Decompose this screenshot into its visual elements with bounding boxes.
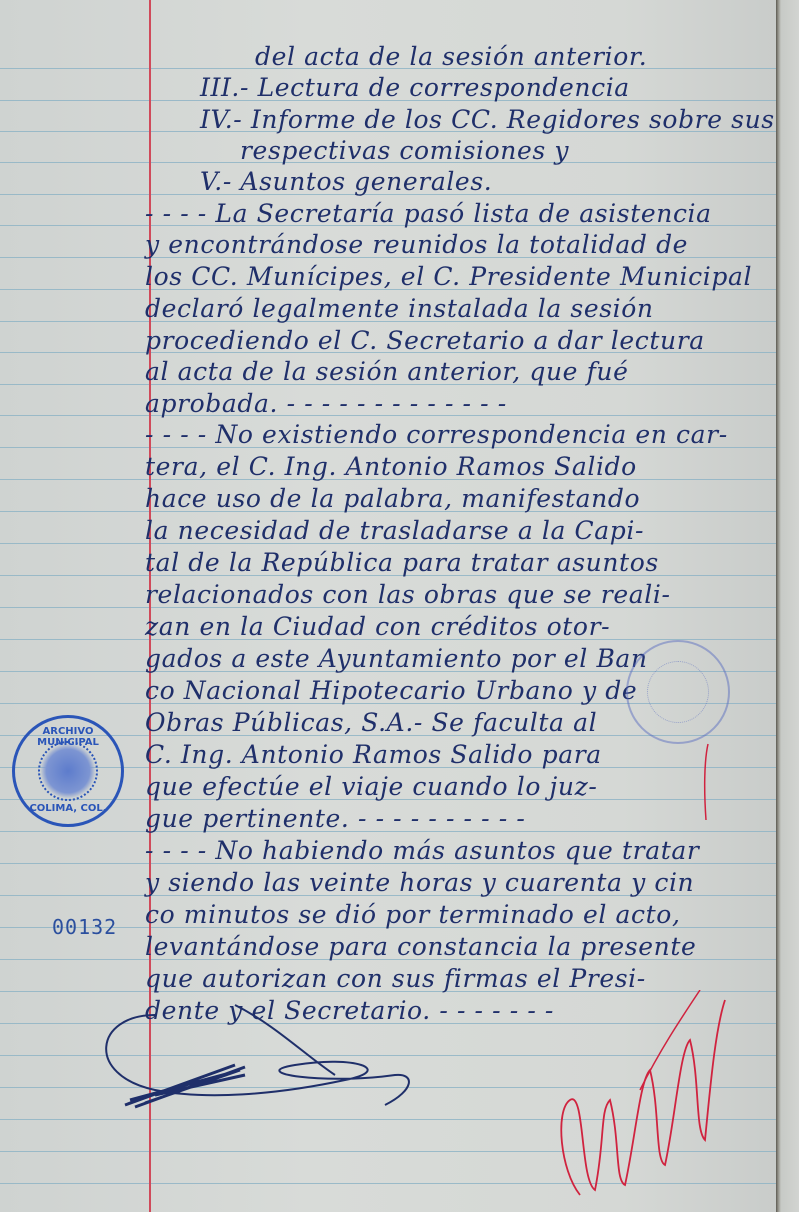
text-line: al acta de la sesión anterior, que fué	[145, 357, 775, 387]
archivo-municipal-stamp: ARCHIVO MUNICIPAL COLIMA, COL.	[12, 715, 124, 827]
binding-edge	[776, 0, 799, 1212]
text-line: C. Ing. Antonio Ramos Salido para	[145, 740, 775, 770]
text-line: - - - - No existiendo correspondencia en…	[145, 420, 775, 450]
text-line: del acta de la sesión anterior.	[255, 42, 799, 72]
text-line: y encontrándose reunidos la totalidad de	[145, 230, 775, 260]
stamp-top-text: ARCHIVO MUNICIPAL	[15, 726, 121, 748]
signature-secretary-icon	[540, 990, 740, 1205]
text-line: procediendo el C. Secretario a dar lectu…	[145, 326, 775, 356]
document-page: del acta de la sesión anterior. III.- Le…	[0, 0, 778, 1212]
text-line: los CC. Munícipes, el C. Presidente Muni…	[145, 262, 775, 292]
text-line: III.- Lectura de correspondencia	[200, 73, 799, 103]
folio-number: 00132	[52, 915, 117, 939]
text-line: respectivas comisiones y	[240, 136, 799, 166]
text-line: la necesidad de trasladarse a la Capi-	[145, 516, 775, 546]
text-line: que efectúe el viaje cuando lo juz-	[145, 772, 775, 802]
text-line: co minutos se dió por terminado el acto,	[145, 900, 775, 930]
seal-emblem-icon	[647, 661, 709, 723]
text-line: declaró legalmente instalada la sesión	[145, 294, 775, 324]
text-line: V.- Asuntos generales.	[200, 167, 799, 197]
faded-seal-stamp	[626, 640, 730, 744]
text-line: aprobada. - - - - - - - - - - - - -	[145, 389, 775, 419]
text-line: levantándose para constancia la presente	[145, 932, 775, 962]
text-line: zan en la Ciudad con créditos otor-	[145, 612, 775, 642]
stamp-bottom-text: COLIMA, COL.	[15, 803, 121, 814]
text-line: - - - - La Secretaría pasó lista de asis…	[145, 199, 775, 229]
text-line: relacionados con las obras que se reali-	[145, 580, 775, 610]
text-line: y siendo las veinte horas y cuarenta y c…	[145, 868, 775, 898]
seal-emblem-icon	[38, 741, 98, 801]
text-line: tera, el C. Ing. Antonio Ramos Salido	[145, 452, 775, 482]
text-line: - - - - No habiendo más asuntos que trat…	[145, 836, 775, 866]
red-mark-icon	[702, 742, 712, 822]
text-line: IV.- Informe de los CC. Regidores sobre …	[200, 105, 799, 135]
text-line: tal de la República para tratar asuntos	[145, 548, 775, 578]
text-line: gue pertinente. - - - - - - - - - -	[145, 804, 775, 834]
text-line: hace uso de la palabra, manifestando	[145, 484, 775, 514]
signature-president-icon	[95, 995, 435, 1115]
